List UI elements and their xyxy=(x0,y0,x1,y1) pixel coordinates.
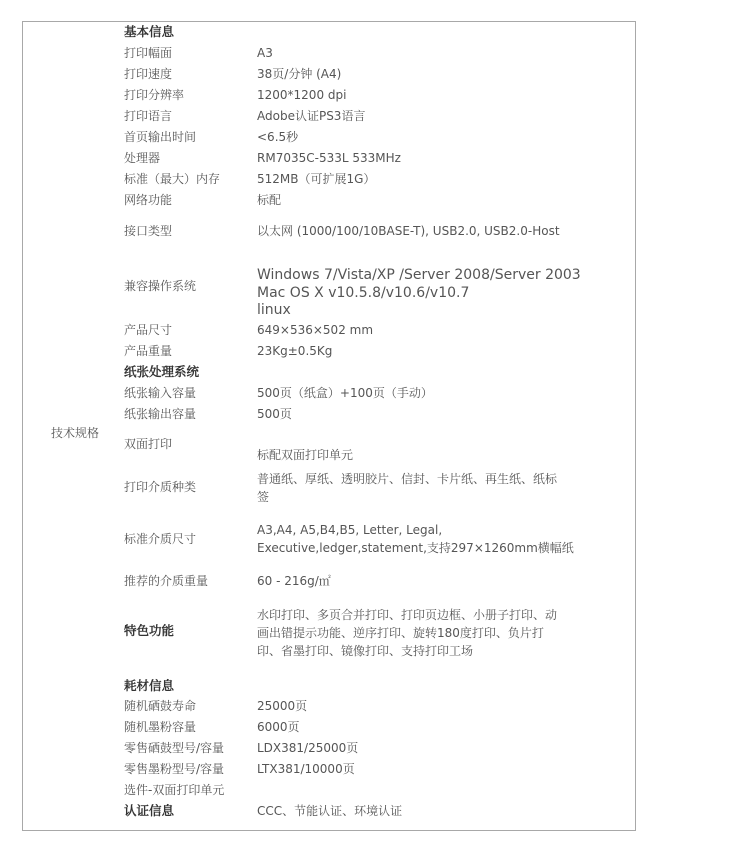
spec-value: 标配 xyxy=(257,193,281,207)
spec-value: 6000页 xyxy=(257,720,300,734)
spec-value: 以太网 (1000/100/10BASE-T), USB2.0, USB2.0-… xyxy=(257,224,560,238)
spec-key: 零售墨粉型号/容量 xyxy=(124,762,224,776)
spec-value: LDX381/25000页 xyxy=(257,741,358,755)
section-heading-basic: 基本信息 xyxy=(124,25,174,39)
section-heading-consumables: 耗材信息 xyxy=(124,679,174,693)
spec-value: 38页/分钟 (A4) xyxy=(257,67,341,81)
spec-key: 双面打印 xyxy=(124,437,172,451)
spec-value: 普通纸、厚纸、透明胶片、信封、卡片纸、再生纸、纸标 签 xyxy=(257,470,587,506)
spec-key: 纸张输出容量 xyxy=(124,407,196,421)
spec-value: LTX381/10000页 xyxy=(257,762,355,776)
section-heading-paper-handling: 纸张处理系统 xyxy=(124,365,199,379)
group-label-tech-specs: 技术规格 xyxy=(51,426,99,440)
spec-key: 打印速度 xyxy=(124,67,172,81)
spec-value: Adobe认证PS3语言 xyxy=(257,109,365,123)
spec-value: 标配双面打印单元 xyxy=(257,448,353,462)
spec-value: 23Kg±0.5Kg xyxy=(257,344,332,358)
spec-key: 选件-双面打印单元 xyxy=(124,783,224,797)
spec-key: 打印介质种类 xyxy=(124,480,196,494)
spec-value: Windows 7/Vista/XP /Server 2008/Server 2… xyxy=(257,267,617,320)
spec-key: 零售硒鼓型号/容量 xyxy=(124,741,224,755)
spec-key: 产品重量 xyxy=(124,344,172,358)
spec-value: 500页 xyxy=(257,407,292,421)
spec-value: <6.5秒 xyxy=(257,130,298,144)
spec-key: 纸张输入容量 xyxy=(124,386,196,400)
spec-key: 随机墨粉容量 xyxy=(124,720,196,734)
spec-key: 处理器 xyxy=(124,151,160,165)
spec-key: 网络功能 xyxy=(124,193,172,207)
spec-value: 25000页 xyxy=(257,699,307,713)
section-heading-certification: 认证信息 xyxy=(124,804,174,818)
spec-value: A3,A4, A5,B4,B5, Letter, Legal, Executiv… xyxy=(257,521,587,557)
spec-table-border xyxy=(22,21,636,831)
spec-key: 打印语言 xyxy=(124,109,172,123)
spec-value: A3 xyxy=(257,46,273,60)
spec-key: 兼容操作系统 xyxy=(124,279,196,293)
spec-key: 接口类型 xyxy=(124,224,172,238)
spec-value: 649×536×502 mm xyxy=(257,323,373,337)
spec-value: 512MB（可扩展1G） xyxy=(257,172,375,186)
spec-key: 随机硒鼓寿命 xyxy=(124,699,196,713)
spec-value: CCC、节能认证、环境认证 xyxy=(257,804,402,818)
spec-key: 首页输出时间 xyxy=(124,130,196,144)
spec-key: 打印分辨率 xyxy=(124,88,184,102)
spec-key: 打印幅面 xyxy=(124,46,172,60)
spec-key: 标准介质尺寸 xyxy=(124,532,196,546)
spec-value: 水印打印、多页合并打印、打印页边框、小册子打印、动 画出错提示功能、逆序打印、旋… xyxy=(257,606,587,660)
spec-value: 60 - 216g/㎡ xyxy=(257,574,331,588)
spec-value: RM7035C-533L 533MHz xyxy=(257,151,401,165)
spec-key: 标准（最大）内存 xyxy=(124,172,220,186)
spec-key: 推荐的介质重量 xyxy=(124,574,208,588)
spec-key: 产品尺寸 xyxy=(124,323,172,337)
spec-value: 1200*1200 dpi xyxy=(257,88,346,102)
spec-value: 500页（纸盒）+100页（手动） xyxy=(257,386,433,400)
section-heading-features: 特色功能 xyxy=(124,624,174,638)
